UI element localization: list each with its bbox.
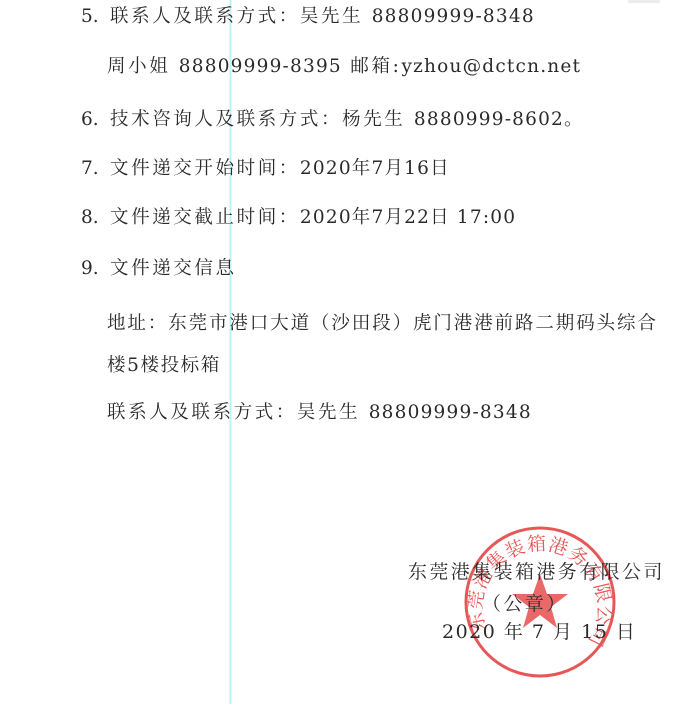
item-number: 5.: [81, 5, 110, 29]
item-8-deadline: 8.文件递交截止时间：2020年7月22日 17:00: [81, 206, 516, 230]
contact-phone: 88809999-8348: [369, 402, 532, 423]
item-5-contact: 5.联系人及联系方式：吴先生 88809999-8348: [81, 5, 535, 29]
contact-phone: 88809999-8348: [372, 6, 535, 27]
contact-name: 吴先生: [300, 6, 363, 27]
signature-date: 2020 年 7 月 15 日: [442, 620, 636, 644]
company-name: 东莞港集装箱港务有限公司: [408, 560, 665, 584]
item-number: 7.: [81, 157, 110, 181]
seal-note: （公章）: [482, 592, 568, 616]
item-7-start-time: 7.文件递交开始时间：2020年7月16日: [81, 157, 450, 181]
item-9-submission-info: 9.文件递交信息: [81, 257, 237, 281]
submission-contact: 联系人及联系方式：吴先生 88809999-8348: [107, 401, 532, 425]
contact-label: 联系人及联系方式：: [107, 402, 297, 423]
item-label: 文件递交截止时间：: [110, 207, 300, 228]
scan-artifact-line: [229, 0, 232, 704]
item-label: 技术咨询人及联系方式：: [110, 109, 342, 130]
item-label: 联系人及联系方式：: [110, 6, 300, 27]
contact-name: 杨先生: [342, 109, 405, 130]
contact-name: 周小姐: [107, 56, 170, 77]
scan-smudge: [628, 0, 660, 3]
start-date: 2020年7月16日: [300, 158, 450, 179]
address-label: 地址：: [107, 313, 168, 334]
email-label: 邮箱:: [350, 56, 401, 77]
address-line-2: 楼5楼投标箱: [107, 354, 221, 378]
contact-phone: 8880999-8602。: [414, 109, 584, 130]
email-address: yzhou@dctcn.net: [401, 56, 581, 77]
deadline-date: 2020年7月22日 17:00: [300, 207, 516, 228]
contact-name: 吴先生: [297, 402, 360, 423]
contact-phone: 88809999-8395: [179, 56, 342, 77]
item-5-contact-2: 周小姐 88809999-8395 邮箱:yzhou@dctcn.net: [107, 55, 581, 79]
address-line-1: 地址：东莞市港口大道（沙田段）虎门港港前路二期码头综合: [107, 312, 658, 336]
item-number: 9.: [81, 257, 110, 281]
item-number: 8.: [81, 206, 110, 230]
item-number: 6.: [81, 108, 110, 132]
address-text: 东莞市港口大道（沙田段）虎门港港前路二期码头综合: [168, 313, 658, 334]
address-text: 楼5楼投标箱: [107, 355, 221, 376]
item-label: 文件递交信息: [110, 258, 237, 279]
item-6-tech-contact: 6.技术咨询人及联系方式：杨先生 8880999-8602。: [81, 108, 584, 132]
item-label: 文件递交开始时间：: [110, 158, 300, 179]
